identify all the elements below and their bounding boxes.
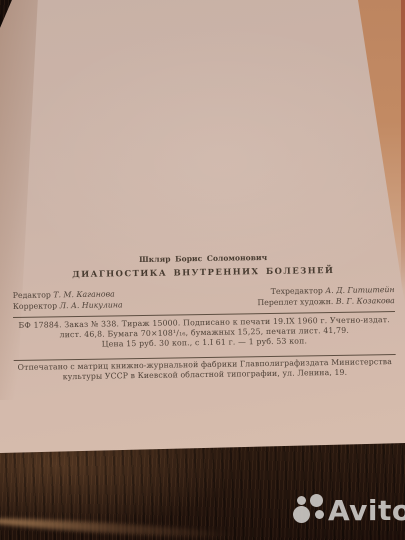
credits-left-column: Редактор Т. М. Каганова Корректор Л. А. … (13, 289, 123, 312)
imprint-paragraph: БФ 17884. Заказ № 338. Тираж 15000. Подп… (18, 315, 390, 351)
credit-proofreader: Корректор Л. А. Никулина (13, 300, 123, 312)
imprint-line-3: Цена 15 руб. 30 коп., с 1.I 61 г. — 1 ру… (102, 336, 307, 349)
credits-right-column: Техредактор А. Д. Гитштейн Переплет худо… (257, 285, 395, 308)
credits-row: Редактор Т. М. Каганова Корректор Л. А. … (13, 285, 395, 312)
avito-logo-icon (292, 494, 325, 528)
book-fore-edge-line (401, 0, 405, 290)
author-name: Шкляр Борис Соломонович (139, 253, 267, 264)
avito-watermark: Avito (292, 494, 405, 528)
book-title: ДИАГНОСТИКА ВНУТРЕННИХ БОЛЕЗНЕЙ (72, 265, 334, 279)
avito-wordmark: Avito (328, 494, 405, 527)
printer-paragraph: Отпечатано с матриц книжно-журнальной фа… (18, 357, 393, 383)
colophon-block: Шкляр Борис Соломонович ДИАГНОСТИКА ВНУТ… (12, 246, 396, 383)
credit-binding-artist: Переплет художн. В. Г. Козакова (257, 296, 395, 309)
book-photo: Шкляр Борис Соломонович ДИАГНОСТИКА ВНУТ… (0, 0, 405, 540)
